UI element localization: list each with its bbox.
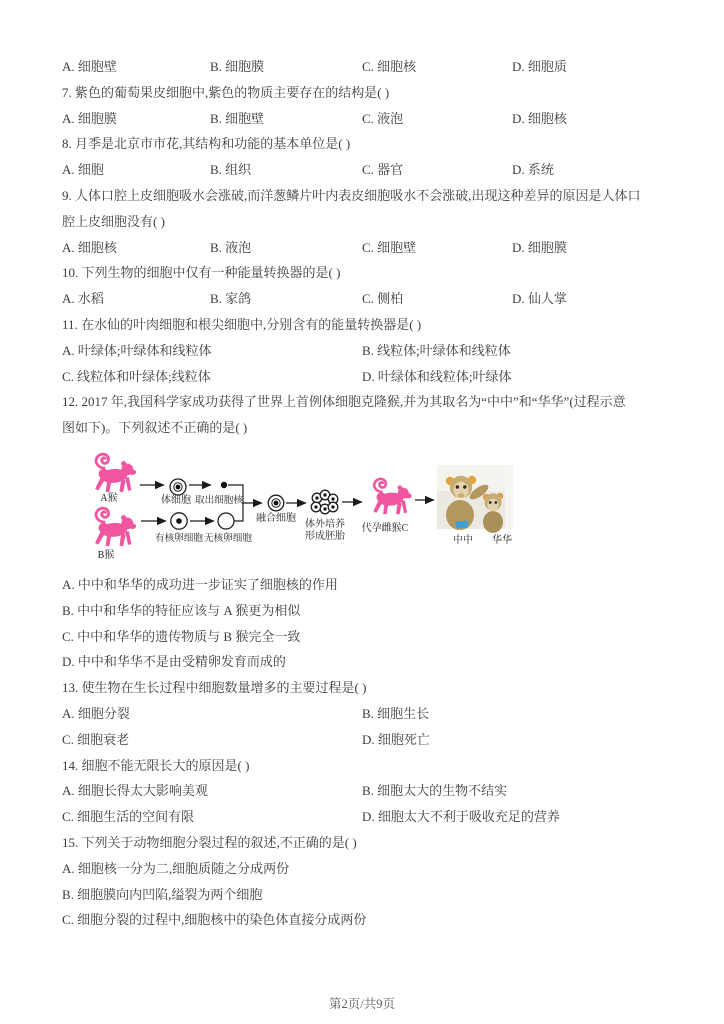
option-item: C. 侧柏 — [362, 286, 512, 312]
exam-content: A. 细胞壁B. 细胞膜C. 细胞核D. 细胞质7. 紫色的葡萄果皮细胞中,紫色… — [62, 54, 668, 933]
culture-label-line2: 形成胚胎 — [305, 529, 346, 542]
question-block-q10: 10. 下列生物的细胞中仅有一种能量转换器的是( )A. 水稻B. 家鸽C. 侧… — [62, 260, 668, 312]
option-item: C. 细胞生活的空间有限 — [62, 804, 362, 830]
nucleated-egg-label: 有核卵细胞 — [155, 532, 203, 544]
option-item: B. 线粒体;叶绿体和线粒体 — [362, 338, 668, 364]
options-grid: A. 细胞长得太大影响美观B. 细胞太大的生物不结实C. 细胞生活的空间有限D.… — [62, 778, 668, 830]
option-item: D. 叶绿体和线粒体;叶绿体 — [362, 364, 668, 390]
extracted-nucleus-icon — [221, 482, 227, 488]
surrogate-label: 代孕雌猴C — [362, 521, 409, 534]
option-item: C. 细胞分裂的过程中,细胞核中的染色体直接分成两份 — [62, 907, 668, 933]
question-block-q15: 15. 下列关于动物细胞分裂过程的叙述,不正确的是( )A. 细胞核一分为二,细… — [62, 830, 668, 933]
option-item: B. 液泡 — [210, 235, 362, 261]
option-item: A. 中中和华华的成功进一步证实了细胞核的作用 — [62, 572, 668, 598]
enucleated-egg-icon — [218, 513, 234, 529]
option-item: D. 中中和华华不是由受精卵发育而成的 — [62, 649, 668, 675]
question-block-q8: 8. 月季是北京市市花,其结构和功能的基本单位是( )A. 细胞B. 组织C. … — [62, 131, 668, 183]
option-item: B. 细胞生长 — [362, 701, 668, 727]
option-item: B. 细胞太大的生物不结实 — [362, 778, 668, 804]
fused-cell-label: 融合细胞 — [256, 511, 296, 524]
question-stem-line: 13. 使生物在生长过程中细胞数量增多的主要过程是( ) — [62, 675, 668, 701]
option-item: B. 细胞壁 — [210, 106, 362, 132]
monkey-b-label: B猴 — [98, 549, 115, 561]
question-stem-line: 腔上皮细胞没有( ) — [62, 209, 668, 235]
option-item: D. 细胞死亡 — [362, 727, 668, 753]
question-block-q7: 7. 紫色的葡萄果皮细胞中,紫色的物质主要存在的结构是( )A. 细胞膜B. 细… — [62, 80, 668, 132]
fused-cell-icon — [268, 495, 284, 511]
option-item: C. 器官 — [362, 157, 512, 183]
options-grid: A. 水稻B. 家鸽C. 侧柏D. 仙人掌 — [62, 286, 668, 312]
question-stem-line: 9. 人体口腔上皮细胞吸水会涨破,而洋葱鳞片叶内表皮细胞吸水不会涨破,出现这种差… — [62, 183, 668, 209]
option-item: C. 线粒体和叶绿体;线粒体 — [62, 364, 362, 390]
question-block-q12: 12. 2017 年,我国科学家成功获得了世界上首例体细胞克隆猴,并为其取名为“… — [62, 389, 668, 675]
question-block-q14: 14. 细胞不能无限长大的原因是( )A. 细胞长得太大影响美观B. 细胞太大的… — [62, 753, 668, 830]
option-item: A. 细胞壁 — [62, 54, 210, 80]
option-item: B. 细胞膜向内凹陷,缢裂为两个细胞 — [62, 882, 668, 908]
option-item: D. 细胞太大不利于吸收充足的营养 — [362, 804, 668, 830]
question-block-q9: 9. 人体口腔上皮细胞吸水会涨破,而洋葱鳞片叶内表皮细胞吸水不会涨破,出现这种差… — [62, 183, 668, 260]
option-item: B. 细胞膜 — [210, 54, 362, 80]
options-grid: A. 细胞膜B. 细胞壁C. 液泡D. 细胞核 — [62, 106, 668, 132]
option-item: D. 细胞质 — [512, 54, 668, 80]
question-stem-line: 7. 紫色的葡萄果皮细胞中,紫色的物质主要存在的结构是( ) — [62, 80, 668, 106]
exam-page: { "footer": { "text": "第2页/共9页" }, "diag… — [0, 0, 724, 1024]
option-item: A. 细胞长得太大影响美观 — [62, 778, 362, 804]
clone-process-diagram: A猴 B猴 体细胞 取出细胞核 有核卵细胞 无核卵细胞 融合细胞 体外培养 — [62, 445, 522, 569]
options-grid: A. 细胞核B. 液泡C. 细胞壁D. 细胞膜 — [62, 235, 668, 261]
option-item: D. 仙人掌 — [512, 286, 668, 312]
options-grid: A. 细胞壁B. 细胞膜C. 细胞核D. 细胞质 — [62, 54, 668, 80]
option-item: B. 家鸽 — [210, 286, 362, 312]
question-stem-line: 11. 在水仙的叶肉细胞和根尖细胞中,分别含有的能量转换器是( ) — [62, 312, 668, 338]
question-stem-line: 15. 下列关于动物细胞分裂过程的叙述,不正确的是( ) — [62, 830, 668, 856]
question-stem-line: 10. 下列生物的细胞中仅有一种能量转换器的是( ) — [62, 260, 668, 286]
enucleated-egg-label: 无核卵细胞 — [204, 532, 252, 544]
question-block-q13: 13. 使生物在生长过程中细胞数量增多的主要过程是( )A. 细胞分裂B. 细胞… — [62, 675, 668, 752]
option-item: B. 组织 — [210, 157, 362, 183]
embryo-icon — [311, 490, 338, 514]
question-stem-line: 8. 月季是北京市市花,其结构和功能的基本单位是( ) — [62, 131, 668, 157]
option-item: C. 细胞衰老 — [62, 727, 362, 753]
option-item: C. 液泡 — [362, 106, 512, 132]
option-item: A. 叶绿体;叶绿体和线粒体 — [62, 338, 362, 364]
somatic-cell-icon — [170, 479, 186, 495]
option-item: C. 中中和华华的遗传物质与 B 猴完全一致 — [62, 624, 668, 650]
option-item: A. 细胞核 — [62, 235, 210, 261]
option-item: C. 细胞核 — [362, 54, 512, 80]
option-item: A. 细胞 — [62, 157, 210, 183]
option-item: B. 中中和华华的特征应该与 A 猴更为相似 — [62, 598, 668, 624]
monkey-a-label: A猴 — [100, 492, 117, 504]
options-grid: A. 细胞分裂B. 细胞生长C. 细胞衰老D. 细胞死亡 — [62, 701, 668, 753]
question-stem-line: 图如下)。下列叙述不正确的是( ) — [62, 415, 668, 441]
options-grid: A. 中中和华华的成功进一步证实了细胞核的作用B. 中中和华华的特征应该与 A … — [62, 572, 668, 675]
culture-label-line1: 体外培养 — [305, 517, 345, 530]
baby-monkeys-photo — [437, 465, 513, 533]
question-block-q11: 11. 在水仙的叶肉细胞和根尖细胞中,分别含有的能量转换器是( )A. 叶绿体;… — [62, 312, 668, 389]
option-item: A. 水稻 — [62, 286, 210, 312]
options-grid: A. 细胞核一分为二,细胞质随之分成两份B. 细胞膜向内凹陷,缢裂为两个细胞C.… — [62, 856, 668, 933]
nucleated-egg-icon — [171, 513, 187, 529]
options-grid: A. 细胞B. 组织C. 器官D. 系统 — [62, 157, 668, 183]
surrogate-monkey-icon — [373, 479, 411, 514]
option-item: D. 系统 — [512, 157, 668, 183]
extract-nucleus-label: 取出细胞核 — [195, 494, 243, 506]
options-grid: A. 叶绿体;叶绿体和线粒体B. 线粒体;叶绿体和线粒体C. 线粒体和叶绿体;线… — [62, 338, 668, 390]
page-number: 第2页/共9页 — [0, 994, 724, 1012]
option-item: A. 细胞分裂 — [62, 701, 362, 727]
question-stem-line: 14. 细胞不能无限长大的原因是( ) — [62, 753, 668, 779]
option-item: C. 细胞壁 — [362, 235, 512, 261]
option-item: D. 细胞膜 — [512, 235, 668, 261]
option-item: A. 细胞核一分为二,细胞质随之分成两份 — [62, 856, 668, 882]
baby-right-label: 华华 — [492, 533, 512, 546]
monkey-a-icon — [95, 454, 136, 492]
baby-left-label: 中中 — [453, 533, 473, 546]
question-block-q6-options: A. 细胞壁B. 细胞膜C. 细胞核D. 细胞质 — [62, 54, 668, 80]
monkey-b-icon — [95, 508, 136, 546]
question-stem-line: 12. 2017 年,我国科学家成功获得了世界上首例体细胞克隆猴,并为其取名为“… — [62, 389, 668, 415]
somatic-cell-label: 体细胞 — [161, 493, 191, 506]
option-item: D. 细胞核 — [512, 106, 668, 132]
option-item: A. 细胞膜 — [62, 106, 210, 132]
